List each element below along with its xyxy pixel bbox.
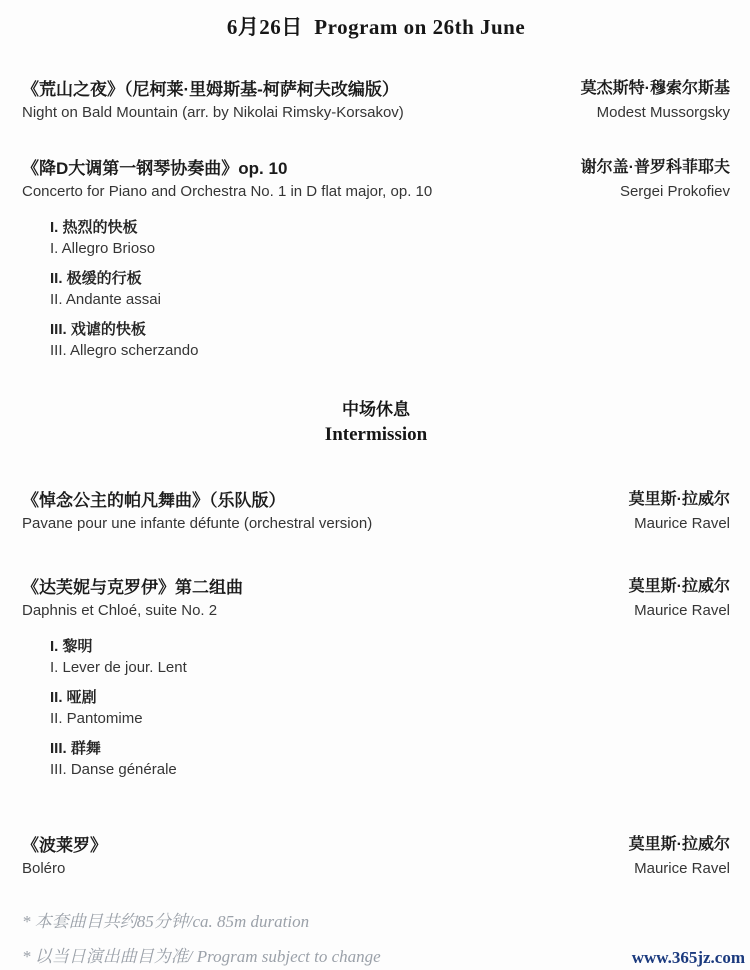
composer-name-en: Modest Mussorgsky (581, 103, 730, 123)
movement-title-zh: II. 极缓的行板 (50, 268, 730, 289)
composer-block: 谢尔盖·普罗科菲耶夫 Sergei Prokofiev (581, 157, 730, 202)
footnote-duration: * 本套曲目共约85分钟/ca. 85m duration (22, 911, 730, 933)
work-title-zh: 《达芙妮与克罗伊》第二组曲 (22, 576, 243, 599)
movement-item: III. 群舞 III. Danse générale (50, 738, 730, 780)
work-title-en: Pavane pour une infante défunte (orchest… (22, 514, 372, 534)
work-title-block: 《荒山之夜》（尼柯莱·里姆斯基-柯萨柯夫改编版） Night on Bald M… (22, 78, 404, 123)
page-title: 6月26日 Program on 26th June (22, 14, 730, 41)
movement-title-en: II. Pantomime (50, 708, 730, 729)
movement-list: I. 黎明 I. Lever de jour. Lent II. 哑剧 II. … (50, 636, 730, 780)
program-piece: 《荒山之夜》（尼柯莱·里姆斯基-柯萨柯夫改编版） Night on Bald M… (22, 78, 730, 123)
composer-name-zh: 莫杰斯特·穆索尔斯基 (581, 78, 730, 100)
concert-program-page: 6月26日 Program on 26th June 《荒山之夜》（尼柯莱·里姆… (0, 0, 750, 970)
movement-item: II. 哑剧 II. Pantomime (50, 687, 730, 729)
work-title-zh: 《荒山之夜》（尼柯莱·里姆斯基-柯萨柯夫改编版） (22, 78, 404, 101)
work-title-zh: 《波莱罗》 (22, 834, 107, 857)
movement-item: I. 黎明 I. Lever de jour. Lent (50, 636, 730, 678)
movement-title-en: I. Allegro Brioso (50, 238, 730, 259)
intermission-zh: 中场休息 (22, 397, 730, 423)
movement-title-zh: II. 哑剧 (50, 687, 730, 708)
program-piece: 《悼念公主的帕凡舞曲》（乐队版） Pavane pour une infante… (22, 489, 730, 534)
movement-title-en: III. Danse générale (50, 759, 730, 780)
composer-block: 莫里斯·拉威尔 Maurice Ravel (629, 489, 730, 534)
footnotes: * 本套曲目共约85分钟/ca. 85m duration * 以当日演出曲目为… (22, 911, 730, 968)
movement-list: I. 热烈的快板 I. Allegro Brioso II. 极缓的行板 II.… (50, 217, 730, 361)
work-title-en: Night on Bald Mountain (arr. by Nikolai … (22, 103, 404, 123)
work-title-block: 《波莱罗》 Boléro (22, 834, 107, 879)
work-title-zh: 《悼念公主的帕凡舞曲》（乐队版） (22, 489, 372, 512)
composer-name-zh: 谢尔盖·普罗科菲耶夫 (581, 157, 730, 179)
program-piece: 《降D大调第一钢琴协奏曲》op. 10 Concerto for Piano a… (22, 157, 730, 202)
composer-block: 莫杰斯特·穆索尔斯基 Modest Mussorgsky (581, 78, 730, 123)
work-title-block: 《降D大调第一钢琴协奏曲》op. 10 Concerto for Piano a… (22, 157, 432, 202)
movement-item: II. 极缓的行板 II. Andante assai (50, 268, 730, 310)
work-title-en: Daphnis et Chloé, suite No. 2 (22, 601, 243, 621)
composer-name-en: Maurice Ravel (629, 859, 730, 879)
movement-item: III. 戏谑的快板 III. Allegro scherzando (50, 319, 730, 361)
program-piece: 《达芙妮与克罗伊》第二组曲 Daphnis et Chloé, suite No… (22, 576, 730, 621)
movement-item: I. 热烈的快板 I. Allegro Brioso (50, 217, 730, 259)
composer-name-zh: 莫里斯·拉威尔 (629, 834, 730, 856)
composer-name-en: Sergei Prokofiev (581, 182, 730, 202)
work-title-block: 《悼念公主的帕凡舞曲》（乐队版） Pavane pour une infante… (22, 489, 372, 534)
watermark-url: www.365jz.com (632, 948, 745, 968)
composer-block: 莫里斯·拉威尔 Maurice Ravel (629, 576, 730, 621)
movement-title-zh: III. 戏谑的快板 (50, 319, 730, 340)
work-title-en: Boléro (22, 859, 107, 879)
intermission-en: Intermission (22, 423, 730, 447)
work-title-block: 《达芙妮与克罗伊》第二组曲 Daphnis et Chloé, suite No… (22, 576, 243, 621)
composer-name-en: Maurice Ravel (629, 601, 730, 621)
composer-block: 莫里斯·拉威尔 Maurice Ravel (629, 834, 730, 879)
intermission-block: 中场休息 Intermission (22, 397, 730, 447)
movement-title-en: III. Allegro scherzando (50, 340, 730, 361)
movement-title-zh: I. 黎明 (50, 636, 730, 657)
program-piece: 《波莱罗》 Boléro 莫里斯·拉威尔 Maurice Ravel (22, 834, 730, 879)
composer-name-zh: 莫里斯·拉威尔 (629, 489, 730, 511)
movement-title-zh: III. 群舞 (50, 738, 730, 759)
footnote-subject-to-change: * 以当日演出曲目为准/ Program subject to change (22, 946, 730, 968)
movement-title-en: I. Lever de jour. Lent (50, 657, 730, 678)
composer-name-en: Maurice Ravel (629, 514, 730, 534)
work-title-en: Concerto for Piano and Orchestra No. 1 i… (22, 182, 432, 202)
movement-title-zh: I. 热烈的快板 (50, 217, 730, 238)
work-title-zh: 《降D大调第一钢琴协奏曲》op. 10 (22, 157, 432, 180)
movement-title-en: II. Andante assai (50, 289, 730, 310)
composer-name-zh: 莫里斯·拉威尔 (629, 576, 730, 598)
